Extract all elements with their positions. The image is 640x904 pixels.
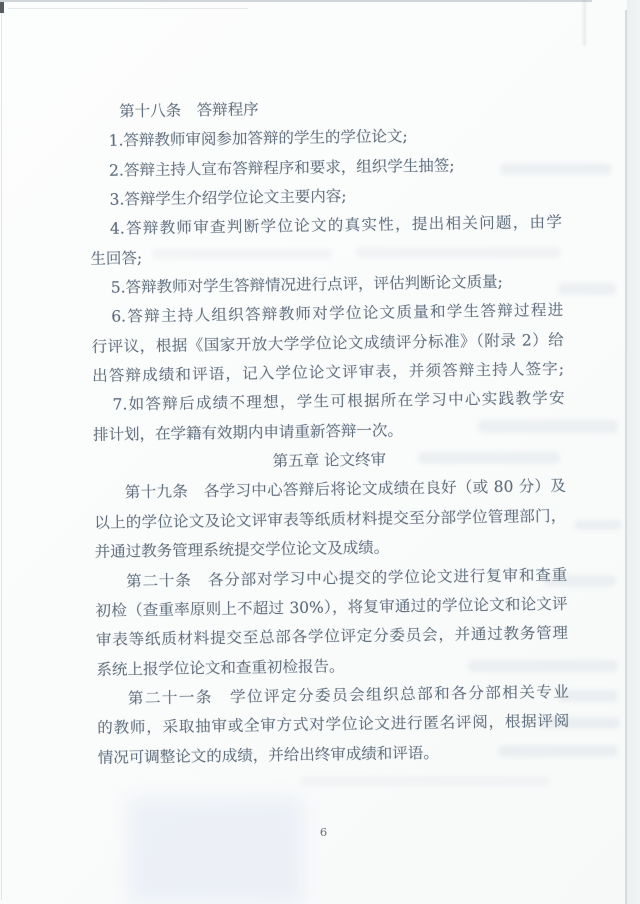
- bleedthrough-smudge: [558, 283, 616, 295]
- page-edge-line-right: [625, 10, 627, 904]
- document-body: 第十八条 答辩程序 1.答辩教师审阅参加答辩的学生的学位论文; 2.答辩主持人宣…: [88, 91, 570, 773]
- page-number: 6: [88, 825, 560, 839]
- scan-tint-band: [128, 798, 303, 904]
- bleedthrough-smudge: [300, 776, 550, 786]
- scan-corner-mark: [0, 2, 4, 13]
- page-edge-line-top: [0, 0, 592, 2]
- bleedthrough-smudge: [574, 520, 622, 530]
- page-edge-line-top-faint: [8, 8, 248, 9]
- scan-right-margin: [627, 0, 640, 904]
- scan-fold-streak: [583, 0, 586, 46]
- page-edge-line-left: [1, 4, 2, 900]
